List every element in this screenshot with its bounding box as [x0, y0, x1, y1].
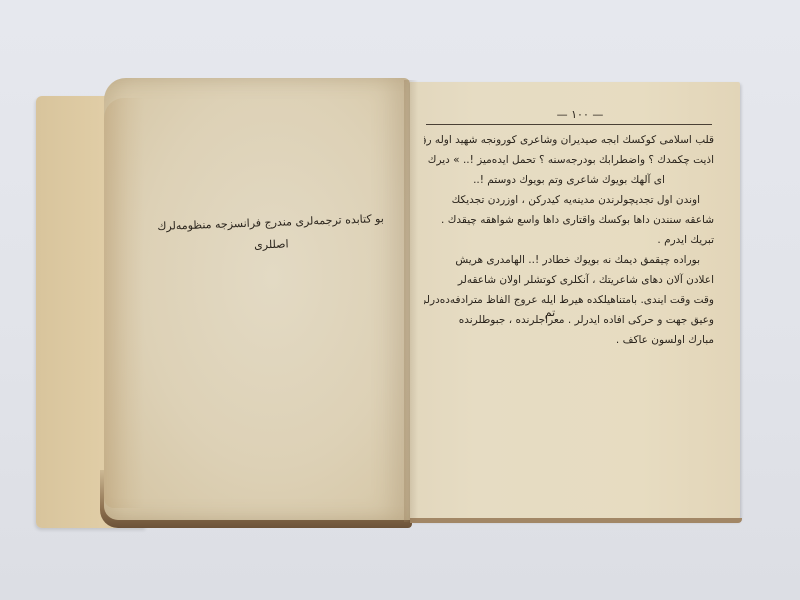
photo-scene: بو كتابده ترجمه‌لرى مندرج فرانسزجه منظوم… — [0, 0, 800, 600]
text-line: وعيق جهت و حركى افاده ايدرلر . معراجلرند… — [424, 310, 714, 330]
text-line: شاعقه سنندن داها بوكسك واقتارى داها واسع… — [424, 210, 714, 230]
page-number: — ١٠٠ — — [430, 108, 730, 121]
text-line: قلب اسلامى كوكسك ابجه صيديران وشاعرى كور… — [424, 130, 714, 150]
text-line: وقت وقت ايندى. بامتناھيلكده ھيرط ايله عر… — [424, 290, 714, 310]
left-page — [104, 78, 410, 520]
right-page-edge — [410, 518, 742, 523]
text-line: تبريك ايدرم . — [424, 230, 714, 250]
text-line: مبارك اولسون عاكف . — [424, 330, 714, 350]
text-line: اذيت چكمدك ؟ واضطرابك بودرجه‌سنه ؟ تحمل … — [424, 150, 714, 170]
book-gutter — [404, 80, 418, 522]
end-mark: تم — [540, 306, 560, 319]
text-line: بورادە چيقمق ديمك نه بويوك خطادر !.. اله… — [424, 250, 714, 270]
header-rule — [426, 124, 712, 125]
right-page-text: قلب اسلامى كوكسك ابجه صيديران وشاعرى كور… — [424, 130, 714, 350]
text-line: اوندن اول تجديچولرندن مدينه‌يه كيدركن ، … — [424, 190, 714, 210]
left-page-caption: بو كتابده ترجمه‌لرى مندرج فرانسزجه منظوم… — [139, 207, 402, 260]
text-line: اعلادن آلان دهاى شاعريتك ، آنكلرى كوتشلر… — [424, 270, 714, 290]
text-line: اى آلهك بويوك شاعرى وتم بويوك دوستم !.. — [424, 170, 714, 190]
